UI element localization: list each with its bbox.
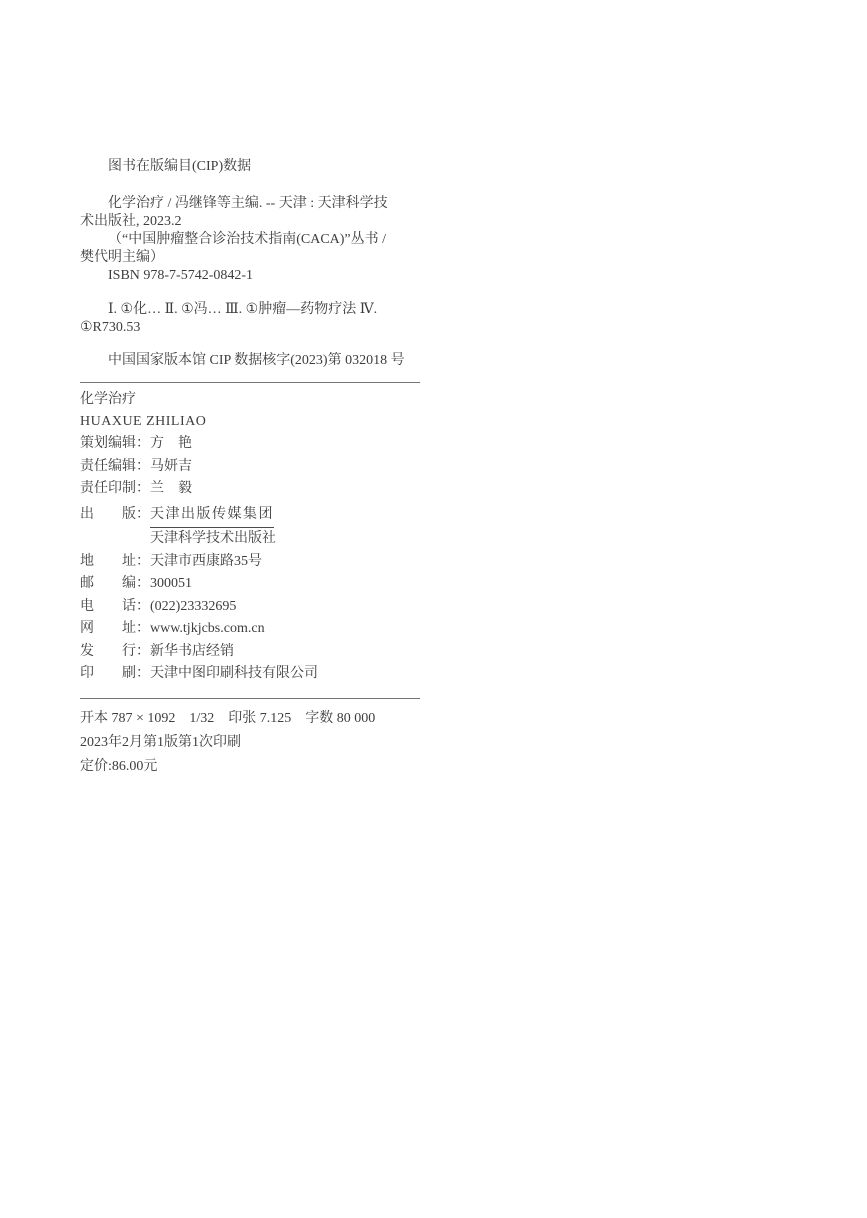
- label-distribution: 发行: [80, 641, 136, 664]
- colon: ：: [136, 641, 150, 664]
- label-planning-editor: 策划编辑: [80, 433, 136, 456]
- edition-impression-line: 2023年2月第1版第1次印刷: [80, 731, 420, 755]
- row-postcode: 邮编：300051: [80, 573, 420, 596]
- row-website: 网址：www.tjkjcbs.com.cn: [80, 618, 420, 641]
- colophon-block: 化学治疗 HUAXUE ZHILIAO 策划编辑：方 艳 责任编辑：马妍吉 责任…: [80, 389, 420, 686]
- colon: ：: [136, 596, 150, 619]
- row-phone: 电话：(022)23332695: [80, 596, 420, 619]
- row-print-supervisor: 责任印制：兰 毅: [80, 478, 420, 501]
- label-responsible-editor: 责任编辑: [80, 456, 136, 479]
- value-print-supervisor: 兰 毅: [150, 478, 420, 501]
- colon: ：: [136, 456, 150, 479]
- publisher-press: 天津科学技术出版社: [150, 528, 420, 551]
- row-distribution: 发行：新华书店经销: [80, 641, 420, 664]
- label-website: 网址: [80, 618, 136, 641]
- label-publisher: 出版: [80, 504, 136, 551]
- value-website: www.tjkjcbs.com.cn: [150, 618, 420, 641]
- book-title-pinyin: HUAXUE ZHILIAO: [80, 411, 420, 433]
- page-content: 图书在版编目(CIP)数据 化学治疗 / 冯继锋等主编. -- 天津 : 天津科…: [80, 158, 420, 779]
- colon: ：: [136, 504, 150, 551]
- colon: ：: [136, 551, 150, 574]
- cip-classification-line2: ①R730.53: [80, 319, 420, 337]
- label-print-supervisor: 责任印制: [80, 478, 136, 501]
- value-phone: (022)23332695: [150, 596, 420, 619]
- cip-header: 图书在版编目(CIP)数据: [80, 158, 420, 176]
- cip-edition-line1: 化学治疗 / 冯继锋等主编. -- 天津 : 天津科学技: [80, 195, 420, 213]
- value-address: 天津市西康路35号: [150, 551, 420, 574]
- value-postcode: 300051: [150, 573, 420, 596]
- colon: ：: [136, 433, 150, 456]
- cip-record-number: 中国国家版本馆 CIP 数据核字(2023)第 032018 号: [80, 352, 420, 370]
- label-printing: 印刷: [80, 663, 136, 686]
- label-address: 地址: [80, 551, 136, 574]
- value-distribution: 新华书店经销: [150, 641, 420, 664]
- row-responsible-editor: 责任编辑：马妍吉: [80, 456, 420, 479]
- cip-classification-line1: Ⅰ. ①化… Ⅱ. ①冯… Ⅲ. ①肿瘤—药物疗法 Ⅳ.: [80, 301, 420, 319]
- colon: ：: [136, 618, 150, 641]
- cip-series-line1: （“中国肿瘤整合诊治技术指南(CACA)”丛书 /: [80, 231, 420, 249]
- value-planning-editor: 方 艳: [150, 433, 420, 456]
- divider-top: [80, 382, 420, 383]
- value-publisher: 天津出版传媒集团 天津科学技术出版社: [150, 504, 420, 551]
- row-address: 地址：天津市西康路35号: [80, 551, 420, 574]
- cip-series-line2: 樊代明主编）: [80, 249, 420, 267]
- format-sheet-wordcount-line: 开本 787 × 1092 1/32 印张 7.125 字数 80 000: [80, 707, 420, 731]
- cip-isbn: ISBN 978-7-5742-0842-1: [80, 267, 420, 285]
- colon: ：: [136, 573, 150, 596]
- value-printing: 天津中图印刷科技有限公司: [150, 663, 420, 686]
- label-phone: 电话: [80, 596, 136, 619]
- publisher-group: 天津出版传媒集团: [150, 504, 274, 529]
- row-planning-editor: 策划编辑：方 艳: [80, 433, 420, 456]
- row-printing: 印刷：天津中图印刷科技有限公司: [80, 663, 420, 686]
- price-line: 定价:86.00元: [80, 755, 420, 779]
- colon: ：: [136, 663, 150, 686]
- label-postcode: 邮编: [80, 573, 136, 596]
- book-title: 化学治疗: [80, 389, 420, 411]
- cip-block: 图书在版编目(CIP)数据 化学治疗 / 冯继锋等主编. -- 天津 : 天津科…: [80, 158, 420, 370]
- print-info-block: 开本 787 × 1092 1/32 印张 7.125 字数 80 000 20…: [80, 707, 420, 779]
- copyright-page: 图书在版编目(CIP)数据 化学治疗 / 冯继锋等主编. -- 天津 : 天津科…: [0, 0, 867, 1218]
- value-responsible-editor: 马妍吉: [150, 456, 420, 479]
- cip-edition-line2: 术出版社, 2023.2: [80, 213, 420, 231]
- colon: ：: [136, 478, 150, 501]
- divider-bottom: [80, 698, 420, 699]
- row-publisher: 出版： 天津出版传媒集团 天津科学技术出版社: [80, 504, 420, 551]
